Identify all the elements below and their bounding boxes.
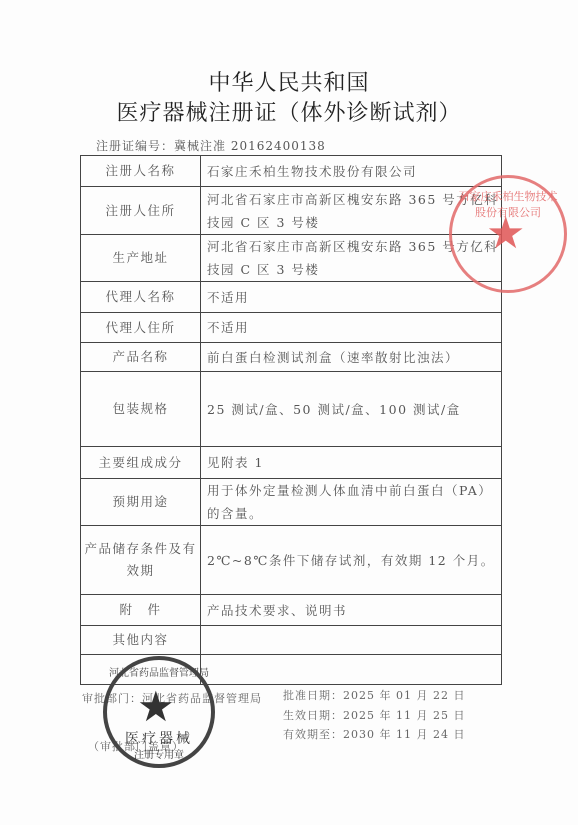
table-row: 其他内容 (81, 626, 502, 655)
table-row: 主要组成成分 见附表 1 (81, 447, 502, 479)
row-label: 主要组成成分 (81, 447, 201, 479)
row-value (201, 626, 502, 655)
table-row: 包装规格 25 测试/盒、50 测试/盒、100 测试/盒 (81, 372, 502, 447)
row-label: 包装规格 (81, 372, 201, 447)
table-row: 代理人住所 不适用 (81, 313, 502, 343)
row-label: 产品储存条件及有效期 (81, 526, 201, 595)
row-value: 产品技术要求、说明书 (201, 595, 502, 626)
row-label: 注册人住所 (81, 187, 201, 235)
dates-block: 批准日期：2025 年 01 月 22 日 生效日期：2025 年 11 月 2… (283, 686, 465, 745)
star-icon: ★ (137, 682, 175, 731)
row-value: 用于体外定量检测人体血清中前白蛋白（PA）的含量。 (201, 479, 502, 526)
table-row: 预期用途 用于体外定量检测人体血清中前白蛋白（PA）的含量。 (81, 479, 502, 526)
row-value: 见附表 1 (201, 447, 502, 479)
table-row: 代理人名称 不适用 (81, 282, 502, 313)
row-value: 不适用 (201, 313, 502, 343)
row-value: 2℃~8℃条件下储存试剂，有效期 12 个月。 (201, 526, 502, 595)
document-title-line1: 中华人民共和国 (0, 66, 578, 97)
agency-seal-middle-text: 医疗器械 (107, 728, 211, 748)
agency-seal-top-text: 河北省药品监督管理局 (107, 664, 211, 679)
table-row: 生产地址 河北省石家庄市高新区槐安东路 365 号方亿科技园 C 区 3 号楼 (81, 235, 502, 282)
document-title-line2: 医疗器械注册证（体外诊断试剂） (0, 96, 578, 127)
valid-until-date: 有效期至：2030 年 11 月 24 日 (283, 725, 465, 745)
row-value: 25 测试/盒、50 测试/盒、100 测试/盒 (201, 372, 502, 447)
row-label: 代理人名称 (81, 282, 201, 313)
table-row: 产品储存条件及有效期 2℃~8℃条件下储存试剂，有效期 12 个月。 (81, 526, 502, 595)
certificate-table: 注册人名称 石家庄禾柏生物技术股份有限公司 注册人住所 河北省石家庄市高新区槐安… (80, 155, 502, 685)
company-seal: 石家庄禾柏生物技术股份有限公司 ★ (449, 175, 567, 293)
table-row: 附 件 产品技术要求、说明书 (81, 595, 502, 626)
row-label: 注册人名称 (81, 156, 201, 187)
table-row: 产品名称 前白蛋白检测试剂盒（速率散射比浊法） (81, 343, 502, 372)
row-label: 生产地址 (81, 235, 201, 282)
effective-date: 生效日期：2025 年 11 月 25 日 (283, 706, 465, 726)
table-row: 注册人名称 石家庄禾柏生物技术股份有限公司 (81, 156, 502, 187)
agency-seal: 河北省药品监督管理局 ★ 医疗器械 注册专用章 (103, 656, 215, 768)
row-value: 石家庄禾柏生物技术股份有限公司 (201, 156, 502, 187)
row-value: 前白蛋白检测试剂盒（速率散射比浊法） (201, 343, 502, 372)
row-value: 不适用 (201, 282, 502, 313)
row-label: 代理人住所 (81, 313, 201, 343)
agency-seal-bottom-text: 注册专用章 (107, 746, 211, 761)
table-row: 注册人住所 河北省石家庄市高新区槐安东路 365 号方亿科技园 C 区 3 号楼 (81, 187, 502, 235)
row-label: 预期用途 (81, 479, 201, 526)
star-icon: ★ (486, 208, 525, 259)
row-value (201, 655, 502, 685)
row-label: 产品名称 (81, 343, 201, 372)
row-label: 附 件 (81, 595, 201, 626)
approval-date: 批准日期：2025 年 01 月 22 日 (283, 686, 465, 706)
row-label: 其他内容 (81, 626, 201, 655)
registration-number: 注册证编号：冀械注准 20162400138 (96, 137, 326, 154)
